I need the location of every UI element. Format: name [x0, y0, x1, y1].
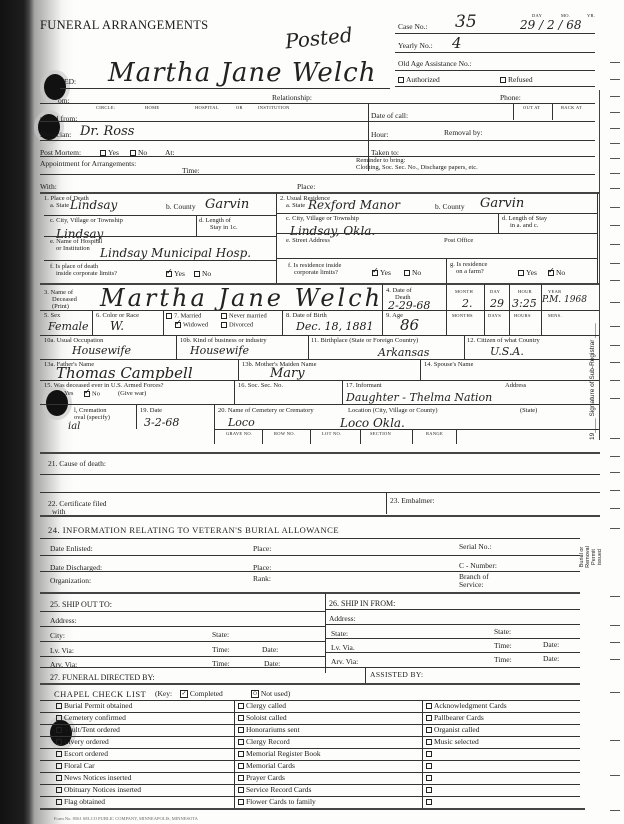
deceased-full-name-value[interactable]: Martha Jane Welch — [100, 284, 383, 312]
checkbox-icon — [426, 715, 432, 721]
divorced-checkbox[interactable]: Divorced — [221, 322, 253, 329]
checkbox-icon — [56, 763, 62, 769]
hospital-label-2: or Institution — [56, 246, 90, 253]
key-not-used: O Not used) — [251, 690, 290, 698]
checklist-item-label: Burial Permit obtained — [64, 701, 132, 710]
residence-county-label: b. County — [435, 203, 465, 211]
ship-in-state-label-left: State: — [331, 630, 348, 638]
ship-in-time-label: Time: — [494, 642, 512, 650]
case-date-value[interactable]: 29 / 2 / 68 — [520, 18, 582, 32]
checklist-item[interactable]: Flower Cards to family — [238, 798, 316, 806]
posted-note: Posted — [284, 23, 354, 54]
date-19-label: 19. Date — [140, 408, 162, 415]
circle-mark-icon: O — [251, 690, 259, 698]
give-war-label: (Give war) — [118, 391, 146, 398]
out-at-label: OUT AT — [523, 106, 540, 111]
checklist-item[interactable]: Burial Permit obtained — [56, 702, 132, 710]
ship-out-time-label: Time: — [212, 646, 230, 654]
checklist-item-label: Obituary Notices inserted — [64, 785, 141, 794]
checklist-item[interactable]: Prayer Cards — [238, 774, 285, 782]
farm-no-checkbox[interactable]: No — [548, 269, 565, 277]
residence-state-label: a. State — [286, 203, 305, 210]
armed-forces-label: 15. Was deceased ever in U.S. Armed Forc… — [44, 383, 164, 390]
informant-label: 17. Informant — [346, 383, 382, 390]
checkbox-icon — [56, 787, 62, 793]
yes-label: Yes — [526, 268, 537, 277]
checkbox-checked-icon — [166, 271, 172, 277]
armed-yes-checkbox[interactable]: Yes — [64, 391, 73, 398]
residence-county-value[interactable]: Garvin — [480, 196, 524, 211]
checkbox-icon — [426, 751, 432, 757]
checkbox-icon — [518, 270, 524, 276]
deceased-name-value[interactable]: Martha Jane Welch — [108, 58, 376, 88]
checklist-item[interactable]: Memorial Register Book — [238, 750, 321, 758]
checkbox-icon — [238, 775, 244, 781]
never-married-label: Never married — [229, 312, 267, 319]
day-header: DAY — [490, 290, 500, 295]
hour-label: Hour: — [371, 131, 389, 139]
no-label: No — [202, 269, 211, 278]
year-header: YEAR — [548, 290, 561, 295]
checkbox-icon — [238, 799, 244, 805]
death-year-value[interactable]: P.M. 1968 — [542, 295, 587, 305]
residence-state-value[interactable]: Rexford Manor — [308, 198, 400, 212]
residence-inside-yes-checkbox[interactable]: Yes — [372, 269, 391, 277]
checklist-item[interactable]: Soloist called — [238, 714, 287, 722]
reminder-text: Clothing, Soc. Sec. No., Discharge paper… — [356, 165, 478, 172]
burial-permit-issued-label: Burial or Removal Permit issued — [579, 546, 603, 568]
physician-label: Physician: — [40, 131, 71, 139]
checkbox-icon — [426, 799, 432, 805]
ship-in-arv-via-label: Arv. Via: — [331, 658, 358, 666]
no-label: No — [412, 268, 421, 277]
informant-address-label: Address — [505, 383, 526, 390]
checklist-item[interactable]: Music selected — [426, 738, 479, 746]
checkbox-icon — [56, 715, 62, 721]
checklist-item[interactable]: Pallbearer Cards — [426, 714, 484, 722]
street-address-label: e. Street Address — [286, 238, 330, 245]
checkbox-icon — [166, 313, 172, 319]
residence-inside-no-checkbox[interactable]: No — [404, 269, 421, 277]
checklist-item-label: Memorial Register Book — [246, 749, 321, 758]
farm-label-2: on a farm? — [456, 269, 484, 276]
enlisted-place-label: Place: — [253, 545, 271, 553]
checklist-item-label: Floral Car — [64, 761, 95, 770]
checkbox-icon — [56, 727, 62, 733]
birthplace-label: 11. Birthplace (State or Foreign Country… — [311, 338, 418, 345]
funeral-directed-by-label: 27. FUNERAL DIRECTED BY: — [50, 674, 155, 682]
residence-length-label-2: in a. and c. — [510, 223, 538, 230]
checkbox-icon — [56, 775, 62, 781]
checklist-item-label: Clergy called — [246, 701, 286, 710]
hours-header: HOURS — [514, 314, 531, 319]
checklist-item[interactable]: Escort ordered — [56, 750, 108, 758]
year-header: YR. — [587, 14, 595, 19]
death-hour-value[interactable]: 3:25 — [512, 297, 537, 310]
checkbox-icon — [56, 751, 62, 757]
yearly-no-label: Yearly No.: — [398, 42, 433, 50]
location-label: Location (City, Village or County) — [348, 408, 438, 415]
checkbox-icon — [238, 787, 244, 793]
funeral-arrangements-form: FUNERAL ARRANGEMENTS Posted Case No.: 35… — [0, 0, 624, 824]
residence-city-value[interactable]: Lindsay, Okla. — [290, 224, 375, 238]
checkbox-icon — [398, 77, 404, 83]
age-value[interactable]: 86 — [400, 316, 419, 334]
checklist-item-label: Flag obtained — [64, 797, 105, 806]
checklist-item-label: Livery ordered — [64, 737, 109, 746]
death-county-value[interactable]: Garvin — [205, 197, 249, 212]
circle-home[interactable]: HOME — [145, 106, 159, 111]
branch-label-2: Service: — [459, 581, 484, 589]
length-stay-label-2: Stay in 1c. — [210, 225, 238, 232]
checklist-item-blank[interactable] — [426, 798, 434, 806]
ship-in-date-label: Date: — [543, 641, 559, 649]
checkbox-icon — [221, 322, 227, 328]
checkbox-icon — [500, 77, 506, 83]
checkbox-icon — [238, 739, 244, 745]
ship-in-title: 26. SHIP IN FROM: — [329, 600, 395, 608]
yes-label: Yes — [64, 390, 73, 397]
death-month-value[interactable]: 2. — [462, 297, 473, 310]
yes-label: Yes — [380, 268, 391, 277]
death-city-label: c. City, Village or Township — [50, 218, 123, 225]
checkbox-icon — [194, 271, 200, 277]
ship-in-arv-time-label: Time: — [494, 656, 512, 664]
appointment-label: Appointment for Arrangements: — [40, 160, 136, 168]
checklist-item-blank[interactable] — [426, 774, 434, 782]
serial-no-label: Serial No.: — [459, 543, 492, 551]
armed-no-checkbox[interactable]: No — [84, 391, 100, 398]
checklist-item-label: Cemetery confirmed — [64, 713, 126, 722]
ship-out-address-label: Address: — [50, 617, 77, 625]
married-checkbox[interactable]: 7. Married — [166, 313, 201, 320]
checklist-item-label: Flower Cards to family — [246, 797, 316, 806]
embalmer-label: 23. Embalmer: — [390, 497, 435, 505]
circle-label: CIRCLE: — [96, 106, 115, 111]
veteran-section-title: 24. INFORMATION RELATING TO VETERAN'S BU… — [48, 526, 339, 535]
checklist-item[interactable]: Memorial Cards — [238, 762, 295, 770]
refused-checkbox[interactable]: Refused — [500, 76, 533, 84]
citizen-value[interactable]: U.S.A. — [490, 345, 524, 358]
checklist-item[interactable]: Vault/Tent ordered — [56, 726, 120, 734]
checklist-item-blank[interactable] — [426, 762, 434, 770]
inside-limits-label-2: inside corporate limits? — [56, 271, 117, 278]
ship-in-arv-date-label: Date: — [543, 655, 559, 663]
checkbox-icon — [238, 715, 244, 721]
death-inside-yes-checkbox[interactable]: Yes — [166, 270, 185, 278]
relationship-label: Relationship: — [272, 94, 312, 102]
checkbox-icon — [426, 763, 432, 769]
checkbox-icon — [238, 751, 244, 757]
circle-or: OR — [236, 106, 243, 111]
check-mark-icon: ✓ — [180, 690, 188, 698]
dob-label: 8. Date of Birth — [286, 313, 327, 320]
no-label: No — [556, 268, 565, 277]
checklist-item-blank[interactable] — [426, 750, 434, 758]
checklist-item[interactable]: Obituary Notices inserted — [56, 786, 141, 794]
birthplace-value[interactable]: Arkansas — [378, 346, 429, 359]
ship-out-title: 25. SHIP OUT TO: — [50, 601, 112, 609]
checklist-item-label: Honorariums sent — [246, 725, 300, 734]
refused-label: Refused — [508, 75, 533, 84]
completed-label: Completed — [190, 689, 223, 698]
checklist-item-label: Service Record Cards — [246, 785, 311, 794]
place-label: Place: — [297, 183, 315, 191]
checkbox-icon — [426, 727, 432, 733]
checklist-item[interactable]: Acknowledgment Cards — [426, 702, 507, 710]
range-header: RANGE — [426, 432, 443, 437]
informant-value[interactable]: Daughter - Thelma Nation — [346, 391, 492, 404]
sex-value[interactable]: Female — [48, 320, 89, 333]
death-day-value[interactable]: 29 — [490, 297, 504, 310]
checkbox-icon — [238, 727, 244, 733]
days-header: DAYS — [488, 314, 501, 319]
sub-registrar-signature-label: 19____ Signature of Sub-Registrar ____ — [589, 323, 596, 440]
back-at-label: BACK AT — [561, 106, 582, 111]
form-footer: Form No. 8561 SELCO PUBLIC COMPANY, MINN… — [54, 816, 198, 821]
dob-value[interactable]: Dec. 18, 1881 — [296, 320, 373, 333]
business-value[interactable]: Housewife — [190, 344, 249, 357]
month-header: MONTH — [455, 290, 473, 295]
checkbox-checked-icon — [175, 322, 181, 328]
yes-label: Yes — [174, 269, 185, 278]
form-title: FUNERAL ARRANGEMENTS — [40, 18, 208, 33]
assisted-by-label: ASSISTED BY: — [370, 671, 424, 679]
key-completed: ✓ Completed — [180, 690, 223, 698]
widowed-checkbox[interactable]: Widowed — [175, 322, 208, 329]
ship-out-state-label: State: — [212, 631, 229, 639]
date-of-call-label: Date of call: — [371, 112, 408, 120]
date-19-value[interactable]: 3-2-68 — [144, 416, 179, 429]
phone-label: Phone: — [500, 94, 521, 102]
deceased-label: ED: — [64, 78, 76, 86]
spouse-label: 14. Spouse's Name — [424, 362, 473, 369]
checklist-item[interactable]: Cemetery confirmed — [56, 714, 126, 722]
race-value[interactable]: W. — [110, 319, 124, 333]
checklist-item-label: Pallbearer Cards — [434, 713, 484, 722]
checklist-item[interactable]: News Notices inserted — [56, 774, 131, 782]
death-county-label: b. County — [166, 203, 196, 211]
location-value[interactable]: Loco Okla. — [340, 416, 405, 430]
checklist-item-label: Soloist called — [246, 713, 287, 722]
ship-in-state-label-right: State: — [494, 628, 511, 636]
citizen-label: 12. Citizen of what Country — [467, 338, 540, 345]
checklist-item-label: Music selected — [434, 737, 479, 746]
date-enlisted-label: Date Enlisted: — [50, 545, 93, 553]
not-used-label: Not used) — [261, 689, 290, 698]
checklist-item-label: Acknowledgment Cards — [434, 701, 507, 710]
cemetery-state-label: (State) — [520, 408, 537, 415]
checkbox-icon — [56, 703, 62, 709]
post-office-label: Post Office — [444, 238, 473, 245]
checklist-item[interactable]: Flag obtained — [56, 798, 105, 806]
checkbox-icon — [426, 703, 432, 709]
authorized-checkbox[interactable]: Authorized — [398, 76, 440, 84]
checklist-item-label: Memorial Cards — [246, 761, 295, 770]
residence-inside-label-2: corporate limits? — [294, 270, 338, 277]
checkbox-icon — [238, 703, 244, 709]
section-header: SECTION — [370, 432, 391, 437]
removal-by-label: Removal by: — [444, 129, 483, 137]
occupation-value[interactable]: Housewife — [72, 344, 131, 357]
checkbox-icon — [426, 739, 432, 745]
death-state-value[interactable]: Lindsay — [70, 198, 117, 212]
divorced-label: Divorced — [229, 321, 253, 328]
checklist-item-label: Vault/Tent ordered — [64, 725, 120, 734]
hour-header: HOUR — [518, 290, 532, 295]
case-no-value[interactable]: 35 — [455, 12, 477, 32]
death-state-label: a. State — [50, 203, 69, 210]
residence-city-label: c. City, Village or Township — [286, 216, 359, 223]
cause-label: 21. Cause of death: — [48, 460, 106, 468]
sex-label: 5. Sex — [44, 313, 60, 320]
row-no-header: ROW NO. — [274, 432, 295, 437]
lot-no-header: LOT NO. — [322, 432, 342, 437]
organization-label: Organization: — [50, 577, 91, 585]
c-number-label: C - Number: — [459, 562, 497, 570]
checklist-item-label: News Notices inserted — [64, 773, 131, 782]
burial-type-value[interactable]: ial — [68, 421, 80, 432]
grave-no-header: GRAVE NO. — [226, 432, 252, 437]
checklist-item-label: Clergy Record — [246, 737, 290, 746]
soc-sec-label: 16. Soc. Sec. No. — [238, 383, 283, 390]
checkbox-checked-icon — [84, 391, 90, 397]
checkbox-icon — [404, 270, 410, 276]
mother-value[interactable]: Mary — [270, 366, 305, 381]
no-label: No — [92, 390, 100, 397]
key-label: (Key: — [155, 690, 172, 698]
farm-yes-checkbox[interactable]: Yes — [518, 269, 537, 277]
physician-value[interactable]: Dr. Ross — [80, 124, 134, 139]
old-age-label: Old Age Assistance No.: — [398, 60, 472, 68]
death-inside-no-checkbox[interactable]: No — [194, 270, 211, 278]
with-label: With: — [40, 183, 57, 191]
cemetery-label: 20. Name of Cemetery or Crematory — [218, 408, 314, 415]
circle-institution[interactable]: INSTITUTION — [258, 106, 290, 111]
checkbox-icon — [238, 763, 244, 769]
checklist-item[interactable]: Clergy Record — [238, 738, 290, 746]
checklist-item-label: Escort ordered — [64, 749, 108, 758]
ship-out-lv-via-label: Lv. Via: — [50, 647, 74, 655]
checklist-item-blank[interactable] — [426, 786, 434, 794]
widowed-label: Widowed — [183, 321, 208, 328]
checkbox-icon — [221, 313, 227, 319]
ship-in-address-label: Address: — [329, 615, 356, 623]
checkbox-icon — [426, 787, 432, 793]
checkbox-checked-icon — [372, 270, 378, 276]
checkbox-checked-icon — [548, 270, 554, 276]
yearly-no-value[interactable]: 4 — [452, 34, 462, 52]
checklist-item[interactable]: Floral Car — [56, 762, 95, 770]
checkbox-icon — [56, 799, 62, 805]
checklist-item[interactable]: Clergy called — [238, 702, 286, 710]
case-no-label: Case No.: — [398, 23, 428, 31]
checklist-item[interactable]: Honorariums sent — [238, 726, 300, 734]
ship-out-city-label: City: — [50, 632, 65, 640]
checklist-item[interactable]: Service Record Cards — [238, 786, 311, 794]
checkbox-icon — [56, 739, 62, 745]
binding-strip — [0, 0, 34, 824]
rank-label: Rank: — [253, 575, 271, 583]
authorized-label: Authorized — [406, 75, 440, 84]
checklist-item-label: Organist called — [434, 725, 479, 734]
checkbox-icon — [426, 775, 432, 781]
checklist-item[interactable]: Livery ordered — [56, 738, 109, 746]
checklist-title: CHAPEL CHECK LIST — [54, 689, 146, 699]
circle-hospital[interactable]: HOSPITAL — [195, 106, 219, 111]
ship-out-date-label: Date: — [262, 646, 278, 654]
mins-header: MINS. — [548, 314, 562, 319]
months-header: MONTHS — [452, 314, 473, 319]
checklist-item-label: Prayer Cards — [246, 773, 285, 782]
checklist-item[interactable]: Organist called — [426, 726, 479, 734]
cemetery-value[interactable]: Loco — [228, 416, 255, 429]
hospital-value[interactable]: Lindsay Municipal Hosp. — [100, 246, 251, 260]
ship-in-lv-via-label: Lv. Via. — [331, 644, 355, 652]
never-married-checkbox[interactable]: Never married — [221, 313, 267, 320]
